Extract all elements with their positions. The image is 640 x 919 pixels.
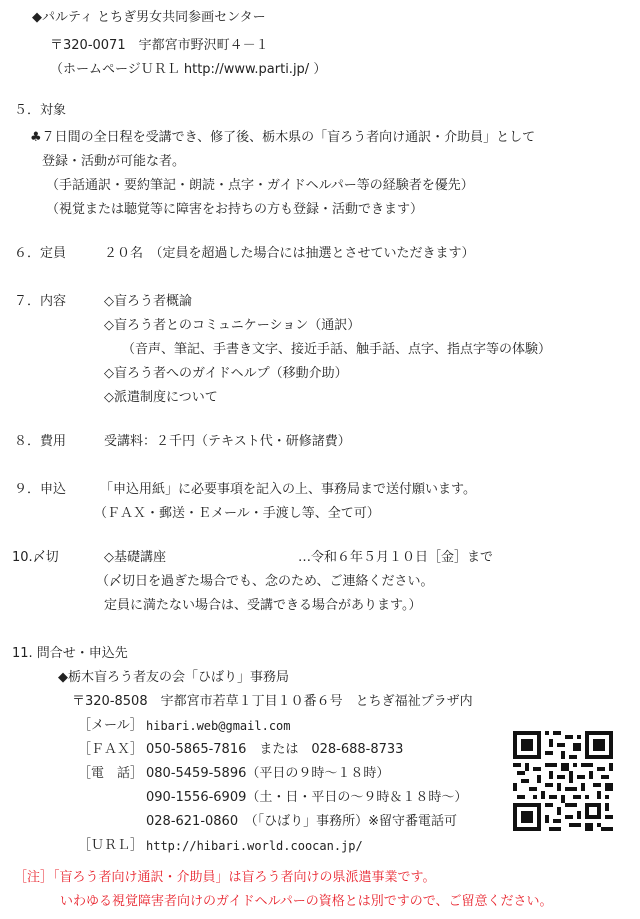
section-6-value: ２０名 （定員を超過した場合には抽選とさせていただきます） bbox=[104, 246, 475, 262]
url-link[interactable]: http://hibari.world.coocan.jp/ bbox=[146, 838, 363, 854]
contact-address: 〒320-8508 宇都宮市若草１丁目１０番６号 とちぎ福祉プラザ内 bbox=[72, 694, 473, 710]
venue-address: 〒320-0071 宇都宮市野沢町４－１ bbox=[50, 38, 269, 54]
note-line-1: ［注］「盲ろう者向け通訳・介助員」は盲ろう者向けの県派遣事業です。 bbox=[14, 870, 435, 886]
url-label: ［ＵＲＬ］ bbox=[78, 838, 143, 854]
section-7-line: ◇派遣制度について bbox=[104, 390, 218, 406]
section-9-line: 「申込用紙」に必要事項を記入の上、事務局まで送付願います。 bbox=[100, 482, 476, 498]
section-7-line: ◇盲ろう者とのコミュニケーション（通訳） bbox=[104, 318, 360, 334]
section-10-line: （〆切日を過ぎた場合でも、念のため、ご連絡ください。 bbox=[96, 574, 433, 590]
section-9-heading: ９．申込 bbox=[14, 482, 66, 498]
fax-value: 050-5865-7816 または 028-688-8733 bbox=[146, 742, 403, 758]
section-8-heading: ８．費用 bbox=[14, 434, 66, 450]
section-7-line: ◇盲ろう者へのガイドヘルプ（移動介助） bbox=[104, 366, 348, 382]
contact-org: ◆栃木盲ろう者友の会「ひばり」事務局 bbox=[58, 670, 289, 686]
section-6-heading: ６．定員 bbox=[14, 246, 66, 262]
section-11-heading: 11. 問合せ・申込先 bbox=[12, 646, 128, 662]
tel-value: 028-621-0860 （「ひばり」事務所）※留守番電話可 bbox=[146, 814, 457, 830]
qr-code-icon bbox=[513, 731, 613, 831]
note-line-2: いわゆる視覚障害者向けのガイドヘルパーの資格とは別ですので、ご留意ください。 bbox=[60, 894, 552, 910]
section-5-line: （視覚または聴覚等に障害をお持ちの方も登録・活動できます） bbox=[46, 202, 423, 218]
section-5-line: （手話通訳・要約筆記・朗読・点字・ガイドヘルパー等の経験者を優先） bbox=[46, 178, 474, 194]
fax-label: ［ＦＡＸ］ bbox=[78, 742, 143, 758]
section-7-line: ◇盲ろう者概論 bbox=[104, 294, 192, 310]
section-5-line: ♣７日間の全日程を受講でき、修了後、栃木県の「盲ろう者向け通訳・介助員」として bbox=[30, 130, 535, 146]
section-5-heading: ５．対象 bbox=[14, 103, 66, 119]
section-7-heading: ７．内容 bbox=[14, 294, 66, 310]
section-8-value: 受講料：２千円（テキスト代・研修諸費） bbox=[104, 434, 351, 450]
section-5-line: 登録・活動が可能な者。 bbox=[42, 154, 185, 170]
tel-label: ［電 話］ bbox=[78, 766, 143, 782]
section-10-deadline: …令和６年５月１０日［金］まで bbox=[298, 550, 493, 566]
section-10-line: 定員に満たない場合は、受講できる場合があります。） bbox=[104, 598, 421, 614]
venue-homepage[interactable]: （ホームページＵＲＬ http://www.parti.jp/ ） bbox=[50, 62, 326, 78]
section-10-heading: 10.〆切 bbox=[12, 550, 59, 566]
section-10-item: ◇基礎講座 bbox=[104, 550, 166, 566]
section-7-line: （音声、筆記、手書き文字、接近手話、触手話、点字、指点字等の体験） bbox=[122, 342, 551, 358]
tel-value: 090-1556-6909（土・日・平日の～９時＆１８時～） bbox=[146, 790, 467, 806]
mail-label: ［メール］ bbox=[78, 718, 143, 734]
venue-name: ◆パルティ とちぎ男女共同参画センター bbox=[32, 10, 266, 26]
section-9-line: （ＦＡＸ・郵送・Ｅメール・手渡し等、全て可） bbox=[94, 506, 380, 522]
tel-value: 080-5459-5896（平日の９時～１８時） bbox=[146, 766, 389, 782]
mail-link[interactable]: hibari.web@gmail.com bbox=[146, 718, 291, 734]
